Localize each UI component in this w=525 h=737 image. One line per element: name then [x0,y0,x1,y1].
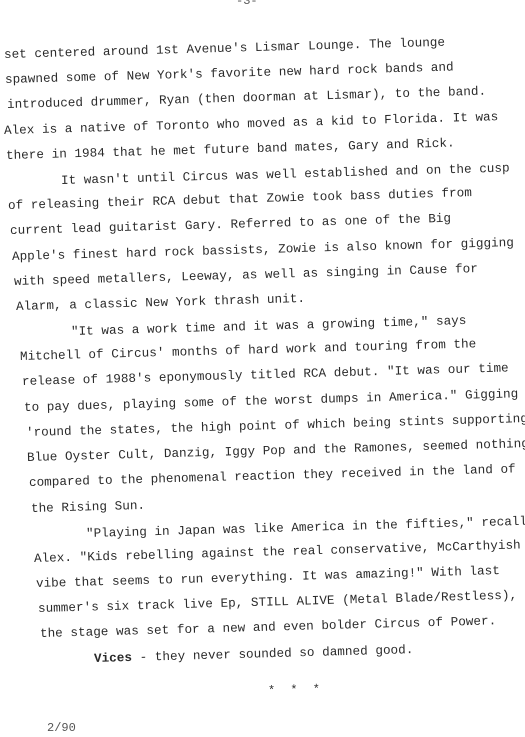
closing-line: Vices - they never sounded so damned goo… [94,643,414,666]
text-line: 'round the states, the high point of whi… [26,412,525,440]
text-line: It wasn't until Circus was well establis… [61,161,510,188]
text-line: Alarm, a classic New York thrash unit. [16,292,305,314]
text-line: introduced drummer, Ryan (then doorman a… [7,85,486,112]
text-line: current lead guitarist Gary. Referred to… [10,212,451,238]
text-line: with speed metallers, Leeway, as well as… [14,262,478,289]
text-line: compared to the phenomenal reaction they… [29,462,516,490]
text-line: set centered around 1st Avenue's Lismar … [4,36,445,62]
text-line: Alex. "Kids rebelling against the real c… [34,538,521,566]
closing-bold-word: Vices [94,651,132,666]
text-line: to pay dues, playing some of the worst d… [24,387,519,415]
page-number: -3- [236,0,258,8]
text-line: Apple's finest hard rock bassists, Zowie… [12,236,514,264]
text-line: Alex is a native of Toronto who moved as… [4,110,499,138]
text-line: of releasing their RCA debut that Zowie … [8,186,472,213]
text-line: the Rising Sun. [31,499,145,516]
text-line: summer's six track live Ep, STILL ALIVE … [38,589,517,616]
text-line: "Playing in Japan was like America in th… [86,515,525,541]
text-line: the stage was set for a new and even bol… [40,614,497,641]
text-line: vibe that seems to run everything. It wa… [36,564,500,591]
closing-text: - they never sounded so damned good. [132,643,414,665]
section-separator: * * * [268,682,320,697]
text-line: Mitchell of Circus' months of hard work … [20,337,477,364]
text-line: Blue Oyster Cult, Danzig, Iggy Pop and t… [27,437,525,465]
text-line: "It was a work time and it was a growing… [71,314,467,339]
footer-date: 2/90 [47,721,76,735]
text-line: there in 1984 that he met future band ma… [6,136,455,163]
text-line: spawned some of New York's favorite new … [5,60,454,87]
text-line: release of 1988's eponymously titled RCA… [22,361,509,389]
